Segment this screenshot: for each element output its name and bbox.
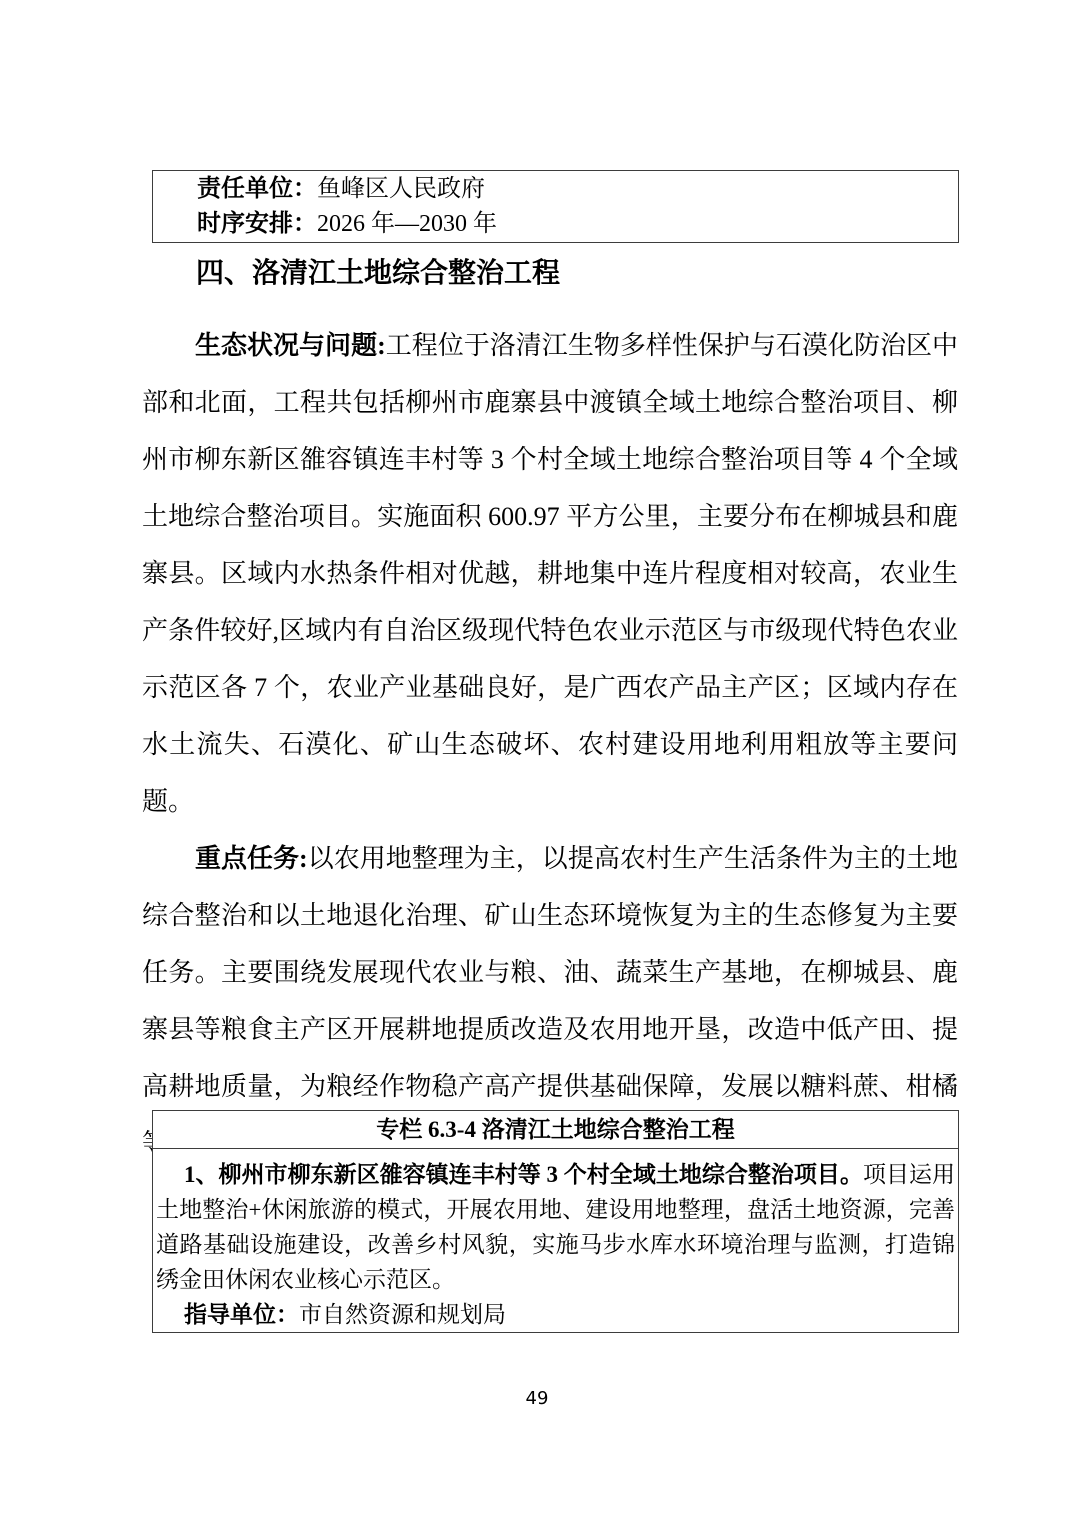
column-box-item-label: 1、柳州市柳东新区雒容镇连丰村等 3 个村全域土地综合整治项目。 — [184, 1162, 863, 1187]
schedule-row: 时序安排：2026 年—2030 年 — [197, 207, 948, 242]
column-box: 专栏 6.3-4 洛清江土地综合整治工程 1、柳州市柳东新区雒容镇连丰村等 3 … — [152, 1110, 959, 1333]
responsibility-info-box: 责任单位：鱼峰区人民政府 时序安排：2026 年—2030 年 — [152, 170, 959, 243]
document-page: 责任单位：鱼峰区人民政府 时序安排：2026 年—2030 年 四、洛清江土地综… — [0, 0, 1074, 1520]
responsible-unit-value: 鱼峰区人民政府 — [317, 176, 485, 202]
column-box-body: 1、柳州市柳东新区雒容镇连丰村等 3 个村全域土地综合整治项目。项目运用土地整治… — [153, 1149, 958, 1332]
body-text: 生态状况与问题:工程位于洛清江生物多样性保护与石漠化防治区中部和北面，工程共包括… — [142, 317, 958, 1172]
column-box-title: 专栏 6.3-4 洛清江土地综合整治工程 — [153, 1111, 958, 1149]
column-box-item: 1、柳州市柳东新区雒容镇连丰村等 3 个村全域土地综合整治项目。项目运用土地整治… — [156, 1157, 955, 1297]
paragraph-key-tasks-label: 重点任务: — [195, 844, 308, 873]
page-number: 49 — [0, 1388, 1074, 1409]
paragraph-ecological-status-label: 生态状况与问题: — [195, 331, 386, 360]
guidance-unit-value: 市自然资源和规划局 — [299, 1302, 506, 1327]
paragraph-ecological-status: 生态状况与问题:工程位于洛清江生物多样性保护与石漠化防治区中部和北面，工程共包括… — [142, 317, 958, 830]
column-box-guidance-row: 指导单位：市自然资源和规划局 — [156, 1297, 955, 1332]
schedule-label: 时序安排： — [197, 211, 317, 237]
schedule-value: 2026 年—2030 年 — [317, 211, 497, 237]
guidance-unit-label: 指导单位： — [184, 1302, 299, 1327]
section-heading: 四、洛清江土地综合整治工程 — [196, 256, 560, 292]
responsible-unit-label: 责任单位： — [197, 176, 317, 202]
paragraph-ecological-status-text: 工程位于洛清江生物多样性保护与石漠化防治区中部和北面，工程共包括柳州市鹿寨县中渡… — [142, 331, 958, 816]
responsible-unit-row: 责任单位：鱼峰区人民政府 — [197, 172, 948, 207]
